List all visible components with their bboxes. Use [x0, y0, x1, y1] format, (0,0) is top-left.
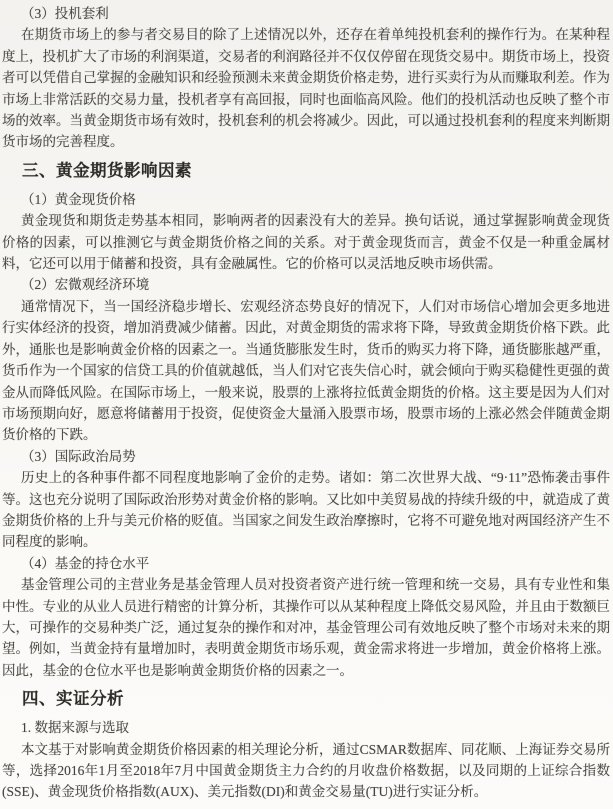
paragraph-gold-spot-price: 黄金现货和期货走势基本相同，影响两者的因素没有大的差异。换句话说，通过掌握影响黄…	[2, 210, 610, 274]
paragraph-international-political-situation: 历史上的各种事件都不同程度地影响了金价的走势。诸如：第二次世界大战、“9·11”…	[2, 467, 610, 553]
paragraph-macro-micro-economic-environment: 通常情况下，当一国经济稳步增长、宏观经济态势良好的情况下，人们对市场信心增加会更…	[2, 296, 610, 446]
section-heading-empirical-analysis: 四、实证分析	[2, 688, 610, 710]
subsection-heading-3-speculation-arbitrage: （3）投机套利	[2, 3, 610, 24]
subsection-heading-data-source-and-selection: 1. 数据来源与选取	[2, 717, 610, 738]
subsection-heading-3-international-political-situation: （3）国际政治局势	[2, 446, 610, 467]
section-heading-gold-futures-influencing-factors: 三、黄金期货影响因素	[2, 160, 610, 182]
subsection-heading-4-fund-position-level: （4）基金的持仓水平	[2, 553, 610, 574]
paragraph-fund-position-level: 基金管理公司的主营业务是基金管理人员对投资者资产进行统一管理和统一交易，具有专业…	[2, 574, 610, 681]
subsection-heading-2-macro-micro-economic-environment: （2）宏微观经济环境	[2, 274, 610, 295]
subsection-heading-1-gold-spot-price: （1）黄金现货价格	[2, 189, 610, 210]
paragraph-data-source-and-selection: 本文基于对影响黄金期货价格因素的相关理论分析，通过CSMAR数据库、同花顺、上海…	[2, 739, 610, 803]
paragraph-speculation-arbitrage: 在期货市场上的参与者交易目的除了上述情况以外，还存在着单纯投机套利的操作行为。在…	[2, 24, 610, 152]
document-page: （3）投机套利 在期货市场上的参与者交易目的除了上述情况以外，还存在着单纯投机套…	[0, 0, 613, 809]
